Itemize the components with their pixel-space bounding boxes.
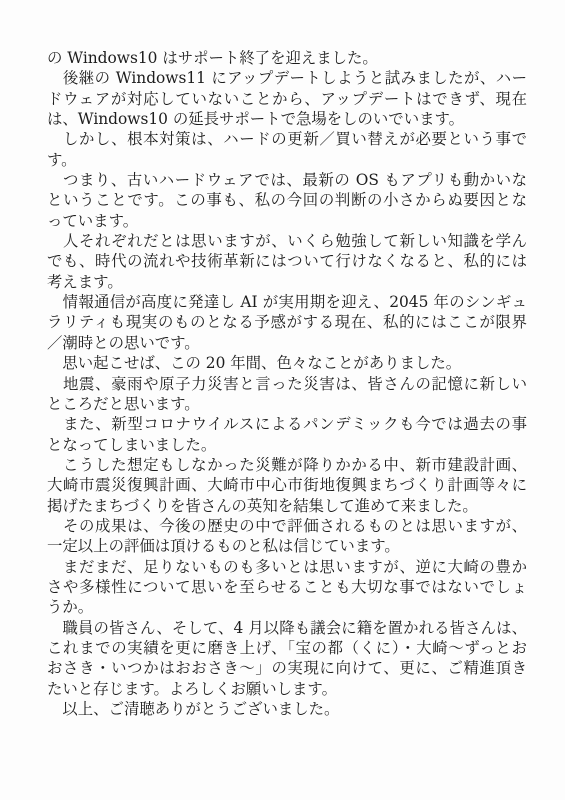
text-line: ラリティも現実のものとなる予感がする現在、私的にはここが限界 bbox=[47, 312, 527, 332]
text-line: 大崎市震災復興計画、大崎市中心市街地復興まちづくり計画等々に bbox=[47, 475, 527, 495]
text-line: の Windows10 はサポート終了を迎えました。 bbox=[47, 48, 527, 68]
text-line: しかし、根本対策は、ハードの更新／買い替えが必要という事で bbox=[47, 129, 527, 149]
text-line: ドウェアが対応していないことから、アップデートはできず、現在 bbox=[47, 89, 527, 109]
text-line: 一定以上の評価は頂けるものと私は信じています。 bbox=[47, 536, 527, 556]
text-line: 以上、ご清聴ありがとうございました。 bbox=[47, 699, 527, 719]
text-line: ところだと思います。 bbox=[47, 394, 527, 414]
text-line: 人それぞれだとは思いますが、いくら勉強して新しい知識を学ん bbox=[47, 231, 527, 251]
text-line: さや多様性について思いを至らせることも大切な事ではないでしょ bbox=[47, 577, 527, 597]
text-line: す。 bbox=[47, 150, 527, 170]
text-line: 考えます。 bbox=[47, 272, 527, 292]
text-line: 掲げたまちづくりを皆さんの英知を結集して進めて来ました。 bbox=[47, 496, 527, 516]
text-line: 地震、豪雨や原子力災害と言った災害は、皆さんの記憶に新しい bbox=[47, 374, 527, 394]
text-line: ／潮時との思いです。 bbox=[47, 333, 527, 353]
text-line: また、新型コロナウイルスによるパンデミックも今では過去の事 bbox=[47, 414, 527, 434]
text-line: これまでの実績を更に磨き上げ、「宝の都（くに）・大崎～ずっとお bbox=[47, 638, 527, 658]
document-page: の Windows10 はサポート終了を迎えました。 後継の Windows11… bbox=[0, 0, 565, 800]
text-line: その成果は、今後の歴史の中で評価されるものとは思いますが、 bbox=[47, 516, 527, 536]
text-line: こうした想定もしなかった災難が降りかかる中、新市建設計画、 bbox=[47, 455, 527, 475]
text-line: 情報通信が高度に発達し AI が実用期を迎え、2045 年のシンギュ bbox=[47, 292, 527, 312]
text-line: ということです。この事も、私の今回の判断の小さからぬ要因とな bbox=[47, 190, 527, 210]
text-line: つまり、古いハードウェアでは、最新の OS もアプリも動かいな bbox=[47, 170, 527, 190]
text-line: となってしまいました。 bbox=[47, 435, 527, 455]
text-line: 思い起こせば、この 20 年間、色々なことがありました。 bbox=[47, 353, 527, 373]
text-line: うか。 bbox=[47, 597, 527, 617]
text-line: 後継の Windows11 にアップデートしようと試みましたが、ハー bbox=[47, 68, 527, 88]
text-line: 職員の皆さん、そして、4 月以降も議会に籍を置かれる皆さんは、 bbox=[47, 618, 527, 638]
document-text-block: の Windows10 はサポート終了を迎えました。 後継の Windows11… bbox=[47, 48, 527, 719]
text-line: でも、時代の流れや技術革新にはついて行けなくなると、私的には bbox=[47, 251, 527, 271]
text-line: たいと存じます。よろしくお願いします。 bbox=[47, 679, 527, 699]
text-line: まだまだ、足りないものも多いとは思いますが、逆に大崎の豊か bbox=[47, 557, 527, 577]
text-line: おさき・いつかはおおさき～」の実現に向けて、更に、ご精進頂き bbox=[47, 658, 527, 678]
text-line: っています。 bbox=[47, 211, 527, 231]
text-line: は、Windows10 の延長サポートで急場をしのいでいます。 bbox=[47, 109, 527, 129]
